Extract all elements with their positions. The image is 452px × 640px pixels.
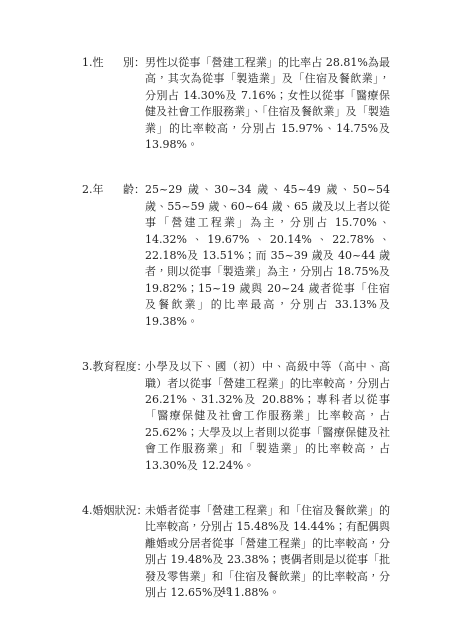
report-body: 1. 性別 ： 男性以從事「營建工程業」的比率占 28.81%為最高，其次為從事… [82, 55, 390, 601]
page-number: 49 [220, 587, 231, 597]
report-item-age: 2. 年齡 ： 25~29 歲、30~34 歲、45~49 歲、50~54 歲、… [82, 182, 390, 330]
item-label: 3. 教育程度 ： [82, 359, 145, 375]
page-footer: 49 [0, 587, 452, 597]
item-label-text: 年齡 [93, 182, 135, 198]
document-page: 1. 性別 ： 男性以從事「營建工程業」的比率占 28.81%為最高，其次為從事… [0, 0, 452, 640]
item-label: 1. 性別 ： [82, 55, 145, 71]
item-text: 25~29 歲、30~34 歲、45~49 歲、50~54 歲、55~59 歲、… [145, 182, 390, 330]
item-text: 小學及以下、國（初）中、高級中等（高中、高職）者以從事「營建工程業」的比率較高，… [145, 359, 390, 474]
item-label-text: 婚姻狀況 [93, 503, 137, 519]
item-number: 3. [82, 359, 93, 375]
item-number: 1. [82, 55, 93, 71]
item-label: 4. 婚姻狀況 ： [82, 503, 145, 519]
report-item-gender: 1. 性別 ： 男性以從事「營建工程業」的比率占 28.81%為最高，其次為從事… [82, 55, 390, 153]
item-colon: ： [134, 55, 145, 71]
item-number: 2. [82, 182, 93, 198]
item-label-text: 教育程度 [93, 359, 137, 375]
item-label: 2. 年齡 ： [82, 182, 145, 198]
item-text: 男性以從事「營建工程業」的比率占 28.81%為最高，其次為從事「製造業」及「住… [145, 55, 390, 153]
item-label-text: 性別 [93, 55, 135, 71]
report-item-education: 3. 教育程度 ： 小學及以下、國（初）中、高級中等（高中、高職）者以從事「營建… [82, 359, 390, 474]
item-colon: ： [134, 182, 145, 198]
item-number: 4. [82, 503, 93, 519]
